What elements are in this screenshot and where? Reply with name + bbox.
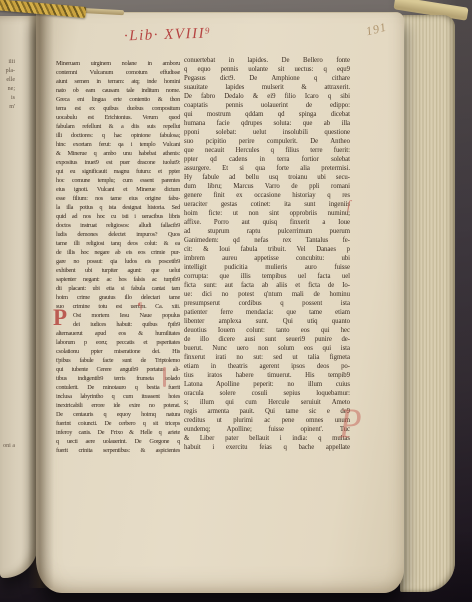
text-line: ppter qd cadens in terra fortior solebat <box>184 155 350 164</box>
text-line: m' <box>0 103 15 112</box>
rubric-margin-paraph: ſ <box>347 197 351 213</box>
text-line: De fabro Dedalo & ei9 filio Icaro q sibi <box>184 92 350 101</box>
text-line: dei iudices habuit: quibus t'pib9 <box>73 320 180 329</box>
text-line: qui mostrum qddam qd spinga dicebat <box>184 110 350 119</box>
text-line: inclusa labyrintho q cum itrassent hoies <box>56 392 180 401</box>
fore-edge-page-stack <box>400 15 455 592</box>
text-line: de illis hoc negare ab eis eos crimie pu… <box>56 248 180 257</box>
text-line: buerut. Nunc uero non solum eos qui ista <box>184 344 350 353</box>
text-line: Greca eni lingua erte contentio & thon <box>56 95 180 104</box>
text-line: hoc comune templu; cum essent parentes <box>56 176 180 185</box>
previous-leaf-bottom-fragment: oni a <box>0 443 15 449</box>
text-line: etiam in theatris agerent ipsos deos po- <box>184 362 350 371</box>
text-line: elle <box>0 76 15 85</box>
text-line: ue: dici no potest q'ntum mali de hominu <box>184 290 350 299</box>
text-line: tius iratos habere timuerut. His tempib9 <box>184 371 350 380</box>
text-line: coaptatis pennis uolauerint de edippo: <box>184 101 350 110</box>
text-line: hinc exortam ferut: qa i templo Vulcani <box>56 140 180 149</box>
text-line: alternauerut apud eos & humilitates <box>56 329 180 338</box>
text-line: contemni Vulcanum comotum effudisse <box>56 68 180 77</box>
text-line: expositus inuet9 est puer dracone iuolut… <box>56 158 180 167</box>
text-line: genere finit ex occasione historiay q re… <box>184 191 350 200</box>
paraph-icon: ¶ <box>138 301 142 311</box>
text-line: finxerut irati no sut: sed ut talia figm… <box>184 353 350 362</box>
text-line: & Liber pater bellauit i india: q multas <box>184 434 350 443</box>
text-line: hoim crime grauius illo delectari tame <box>56 293 180 302</box>
text-line: conuertebat in lapides. De Bellero fonte <box>184 56 350 65</box>
text-line: intelligit pudicitia mulieris auro fuiss… <box>184 263 350 272</box>
text-line: ilii <box>0 58 15 67</box>
text-line: suo pcipitio perire compulerit. De Anthe… <box>184 137 350 146</box>
running-title-flourish: 9 <box>205 25 211 35</box>
text-line: deuotius Iouem colunt: tanto eos qui hec <box>184 326 350 335</box>
text-line: Hy fabule ad bellu usq troianu ubi secu- <box>184 173 350 182</box>
text-line: fuerit crinita serpentibus: & aspiciente… <box>56 446 180 455</box>
text-line: Pegasus dict9. De Amphione q cithare <box>184 74 350 83</box>
rubric-margin-bar <box>163 367 166 387</box>
running-title-text: ·Lib· XVIII <box>124 26 206 45</box>
text-line: tame illi religiosi tanq deos colut: & e… <box>56 239 180 248</box>
text-line: imbrem aureu appetisse concubitu: ubi <box>184 254 350 263</box>
text-column-right: conuertebat in lapides. De Bellero fonte… <box>184 56 350 452</box>
text-line: ueraciter gestas cotinet: ita sunt ingen… <box>184 200 350 209</box>
text-line: hoim ficte: ut non sint opprobriis numin… <box>184 209 350 218</box>
text-line: cit: & Ioui fabula tribuit. Vel Danaes p <box>184 245 350 254</box>
text-line: suauitate lapides mulserit & attraxerit. <box>184 83 350 92</box>
text-line: eundemq; Apolline; fuisse opinent'. Tuc <box>184 425 350 434</box>
text-line: dii placant: ubi etia si fabula cantat t… <box>56 284 180 293</box>
text-line: pponi solebat: uelut insolubili question… <box>184 128 350 137</box>
text-line: sapienter negant: ac hos falsis ac turpi… <box>56 275 180 284</box>
text-line: quid ad nos hoc cu isti i ueracibus libr… <box>56 212 180 221</box>
text-line: patienter ferre mendacia: que tame etiam <box>184 308 350 317</box>
text-line: Latona Apolline peperit: no illum cuius <box>184 380 350 389</box>
previous-leaf-edge: iliipla-ellene;ism' oni a <box>0 16 38 578</box>
text-line: contulerit. De minotauro q bestia fuerit <box>56 383 180 392</box>
text-line: uocabulu est Erichtonius. Verum quod <box>56 113 180 122</box>
text-line: De centauris q equoy hoimq natura <box>56 410 180 419</box>
text-line: tibus indigentib9 terris frumeta uolado <box>56 374 180 383</box>
text-line: pla- <box>0 67 15 76</box>
text-line: presumpserut cordibus q possent ista <box>184 299 350 308</box>
text-line: la illa potius q ista designat historia.… <box>56 203 180 212</box>
text-line: ne; <box>0 85 15 94</box>
text-line: is <box>0 94 15 103</box>
running-title: ·Lib· XVIII9 <box>124 24 265 46</box>
text-line: humana facie qdrupes soluta: que ab illa <box>184 119 350 128</box>
text-line: assurgere. Et si qua forte alia pretermi… <box>184 164 350 173</box>
text-line: libenter amplexa sunt. Qui utiq quanto <box>184 317 350 326</box>
rubricated-initial: P <box>53 308 67 328</box>
text-line: ficta sunt: aut facta ab aliis et ficta … <box>184 281 350 290</box>
text-column-left: Mineruam uirginem nolane in amborucontem… <box>56 59 180 455</box>
text-line: terra est ex quibus duobus compositum <box>56 104 180 113</box>
text-line: regis armenta pauit. Qui tame sic e de9 <box>184 407 350 416</box>
text-line: qui iubente Cerere anguib9 portatus ali- <box>56 365 180 374</box>
text-line: fabulam refellunt & a diis suis repellut <box>56 122 180 131</box>
text-line: eius ignoti. Vulcani et Minerue dictum <box>56 185 180 194</box>
text-line: laborum p eoru; peccatis et psperitates <box>56 338 180 347</box>
text-line: affixe. Porro aut quisq finxerit a Ioue <box>184 218 350 227</box>
text-line: fuerint coiuncti. De cerbero q sit trice… <box>56 419 180 428</box>
text-line: Ost mortem Iesu Naue populus <box>73 311 180 320</box>
text-line: corrupta: que illis tempibus uel facta u… <box>184 272 350 281</box>
text-line: q uecti aere uolauerint. De Gorgone q <box>56 437 180 446</box>
text-line: s; illum qui cum Hercule seruiuit Ameto <box>184 398 350 407</box>
text-line: aiunt semen in terram: atq; inde homini <box>56 77 180 86</box>
text-line: t'pibus fabule facte sunt de Triptolemo <box>56 356 180 365</box>
previous-leaf-text-fragments: iliipla-ellene;ism' <box>0 58 15 112</box>
text-line: Mineruam uirginem nolane in amboru <box>56 59 180 68</box>
text-line: illi doctiores: q hac opinione fabulosa; <box>56 131 180 140</box>
text-line: inferoy canis. De Frixo & Helle q ariete <box>56 428 180 437</box>
text-line: ludis demones delectet impuros? Quos <box>56 230 180 239</box>
text-line: gare no possut: qia ludos eis poscetib9 <box>56 257 180 266</box>
text-line: dum libru; Marcus Varro de ppli romani <box>184 182 350 191</box>
text-line: nato ob eam causam tale inditum nome. <box>56 86 180 95</box>
text-line: q equo pennis uolante sit uectus: q equ9 <box>184 65 350 74</box>
book-page: ·Lib· XVIII9 191 Mineruam uirginem nolan… <box>36 12 404 593</box>
rubric-margin-initial: P <box>339 402 362 448</box>
book-photo: iliipla-ellene;ism' oni a ·Lib· XVIII9 1… <box>0 0 472 602</box>
text-line: csolationu ppter miseratione dei. His <box>56 347 180 356</box>
text-line: que necauit Hercules q filius terre fuer… <box>184 146 350 155</box>
text-line: suo crimine totu est uerum. Ca. xiii. <box>56 302 180 311</box>
text-line: doctos instruat religiosos: alludi falla… <box>56 221 180 230</box>
text-line: inextricabili errore ide exire no potera… <box>56 401 180 410</box>
text-line: habuit i exercitu feias q bache appellat… <box>184 443 350 452</box>
folio-number: 191 <box>364 20 388 40</box>
text-line: de illo dicere ausi sunt seueri9 punire … <box>184 335 350 344</box>
text-line: qui eu significauit magnu futuru: et ppt… <box>56 167 180 176</box>
text-line: exhibent ubi turpiter agunt: que uelut <box>56 266 180 275</box>
text-line: oracula solere cosuli sepius loquebamur: <box>184 389 350 398</box>
text-line: creditus ut plurimi ac pene omnes unum <box>184 416 350 425</box>
text-line: & Minerue q ambo unu habebat athenis: <box>56 149 180 158</box>
text-line: esse filium: nos tame eius origine fabu- <box>56 194 180 203</box>
text-line: ad stuprum raptu pulcerrimum puerum <box>184 227 350 236</box>
text-line: Ganimedem: qd nefas rex Tantalus fe- <box>184 236 350 245</box>
